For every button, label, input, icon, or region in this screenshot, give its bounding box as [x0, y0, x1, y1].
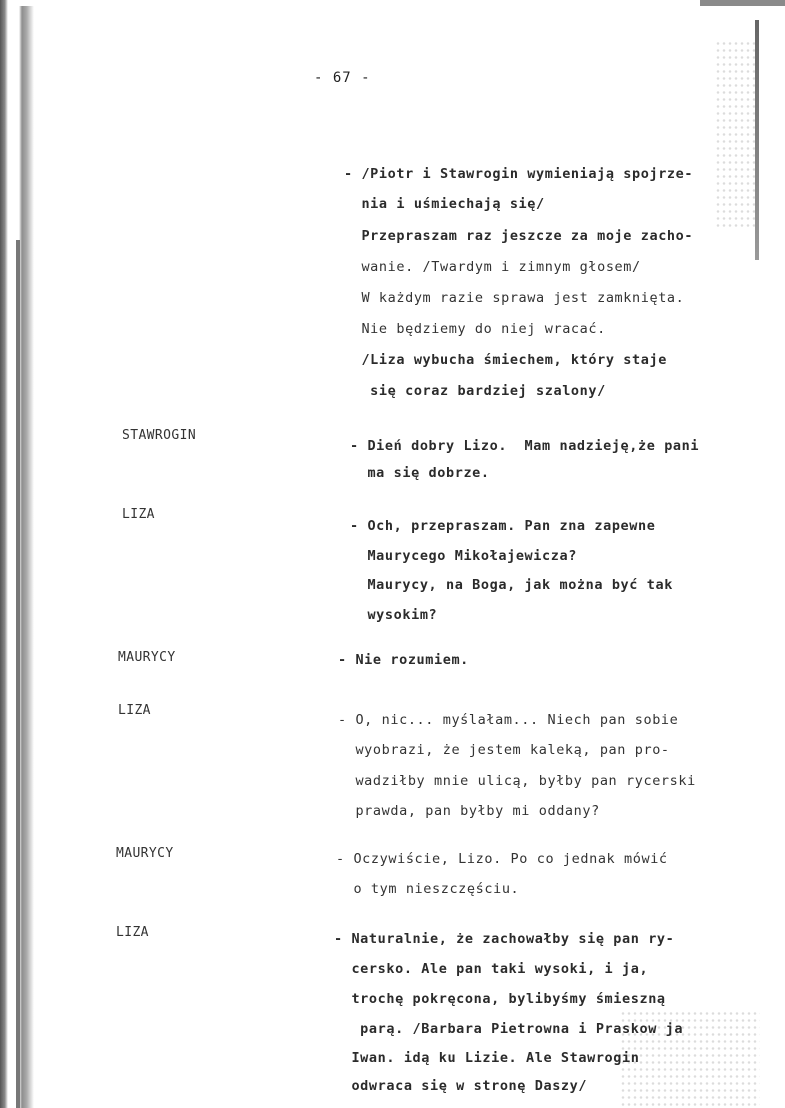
dialogue-line: wyobrazi, że jestem kaleką, pan pro-	[338, 742, 670, 758]
speaker-name: STAWROGIN	[122, 428, 196, 443]
dialogue-line: cersko. Ale pan taki wysoki, i ja,	[334, 961, 648, 977]
dialogue-line: - Och, przepraszam. Pan zna zapewne	[350, 518, 655, 534]
dialogue-line: Maurycego Mikołajewicza?	[350, 548, 577, 564]
dialogue-line: parą. /Barbara Pietrowna i Praskow ja	[334, 1021, 683, 1037]
dialogue-line: Iwan. idą ku Lizie. Ale Stawrogin	[334, 1050, 639, 1066]
dialogue-line: Maurycy, na Boga, jak można być tak	[350, 577, 673, 593]
dialogue-line: - Naturalnie, że zachowałby się pan ry-	[334, 931, 674, 947]
dialogue-line: się coraz bardziej szalony/	[344, 383, 606, 399]
dialogue-line: prawda, pan byłby mi oddany?	[338, 803, 600, 819]
dialogue-line: nia i uśmiechają się/	[344, 196, 545, 212]
dialogue-line: - O, nic... myślałam... Niech pan sobie	[338, 712, 678, 728]
dialogue-line: - Dień dobry Lizo. Mam nadzieję,że pani	[350, 438, 699, 454]
dialogue-line: ma się dobrze.	[350, 465, 490, 481]
speaker-name: LIZA	[116, 925, 149, 940]
margin-line	[16, 240, 20, 1108]
speaker-name: MAURYCY	[116, 846, 174, 861]
dialogue-line: wanie. /Twardym i zimnym głosem/	[344, 259, 641, 275]
scan-edge-right	[755, 20, 759, 260]
dialogue-line: o tym nieszczęściu.	[336, 881, 519, 897]
scan-edge-left	[0, 0, 8, 1108]
dialogue-line: odwraca się w stronę Daszy/	[334, 1078, 587, 1094]
scan-noise	[715, 40, 755, 230]
dialogue-line: /Liza wybucha śmiechem, który staje	[344, 352, 667, 368]
page-number: - 67 -	[314, 70, 371, 86]
margin-binding-mark	[19, 6, 34, 1108]
scan-edge-top	[700, 0, 785, 6]
dialogue-line: wadziłby mnie ulicą, byłby pan rycerski	[338, 773, 696, 789]
dialogue-line: - Nie rozumiem.	[338, 652, 469, 668]
dialogue-line: - /Piotr i Stawrogin wymieniają spojrze-	[344, 166, 693, 182]
dialogue-line: wysokim?	[350, 607, 437, 623]
speaker-name: MAURYCY	[118, 650, 176, 665]
dialogue-line: Nie będziemy do niej wracać.	[344, 321, 606, 337]
dialogue-line: - Oczywiście, Lizo. Po co jednak mówić	[336, 851, 668, 867]
speaker-name: LIZA	[118, 703, 151, 718]
speaker-name: LIZA	[122, 507, 155, 522]
dialogue-line: W każdym razie sprawa jest zamknięta.	[344, 290, 684, 306]
dialogue-line: trochę pokręcona, bylibyśmy śmieszną	[334, 991, 666, 1007]
dialogue-line: Przepraszam raz jeszcze za moje zacho-	[344, 228, 693, 244]
